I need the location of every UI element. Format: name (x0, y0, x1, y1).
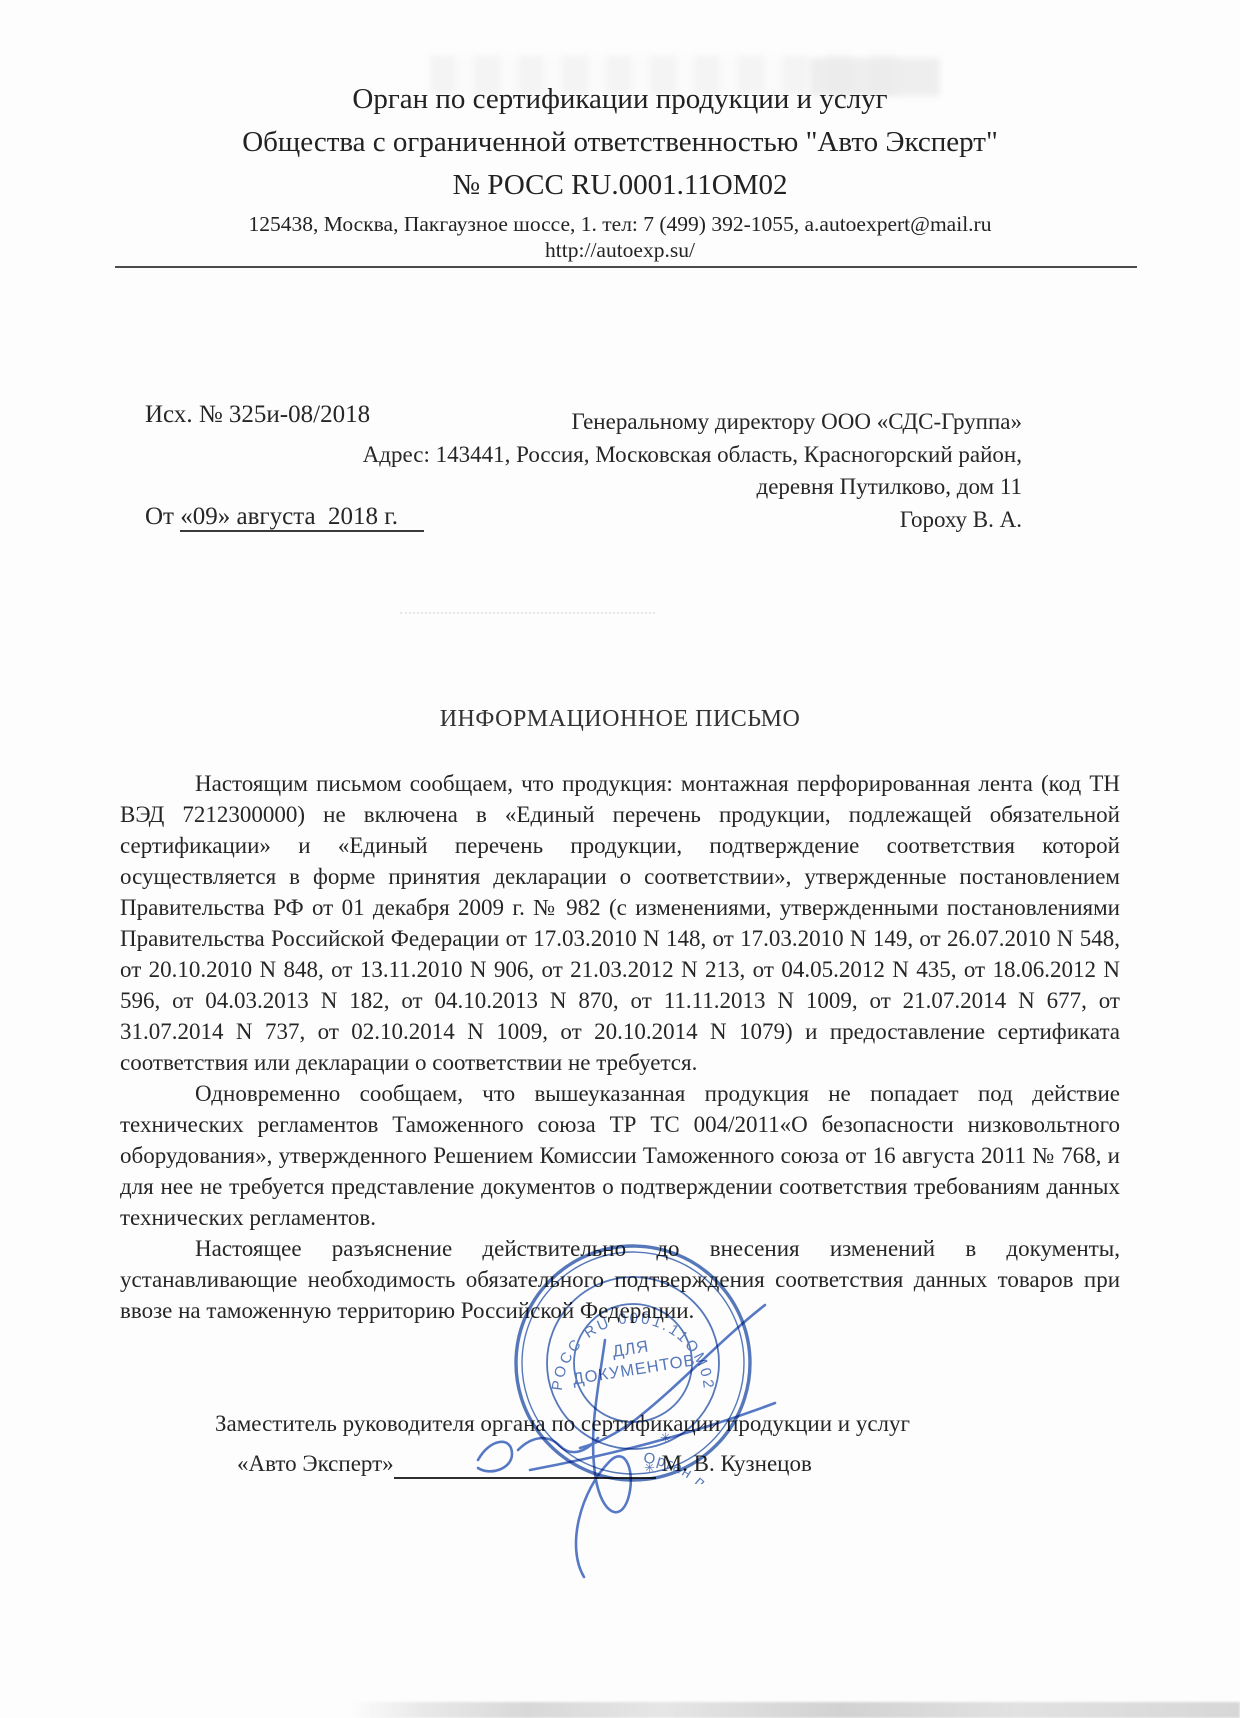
letterhead-divider (115, 266, 1137, 268)
scan-artifact-dotted-line (400, 612, 655, 614)
addressee-address-line2: деревня Путилково, дом 11 (363, 471, 1022, 504)
letterhead: Орган по сертификации продукции и услуг … (0, 82, 1240, 263)
signature-company: «Авто Эксперт» (237, 1448, 394, 1479)
scanned-letter-page: Орган по сертификации продукции и услуг … (0, 0, 1240, 1718)
letterhead-company-line: Общества с ограниченной ответственностью… (0, 125, 1240, 159)
addressee-block: Генеральному директору ООО «СДС-Группа» … (363, 406, 1022, 536)
scan-artifact-bottom (350, 1702, 1240, 1718)
letterhead-website: http://autoexp.su/ (0, 237, 1240, 263)
signature-stroke-tail (580, 1305, 765, 1448)
handwritten-signature (430, 1285, 790, 1585)
letterhead-org-line: Орган по сертификации продукции и услуг (0, 82, 1240, 116)
addressee-address-line1: Адрес: 143441, Россия, Московская област… (363, 439, 1022, 472)
body-paragraph-2: Одновременно сообщаем, что вышеуказанная… (120, 1078, 1120, 1233)
signature-stroke-loop-left (478, 1442, 512, 1471)
letterhead-address: 125438, Москва, Пакгаузное шоссе, 1. тел… (0, 211, 1240, 237)
signature-stroke-cross (530, 1403, 775, 1470)
addressee-person: Гороху В. А. (363, 504, 1022, 537)
outgoing-date-prefix: От (145, 503, 180, 530)
document-title: ИНФОРМАЦИОННОЕ ПИСЬМО (0, 706, 1240, 733)
body-paragraph-1: Настоящим письмом сообщаем, что продукци… (120, 768, 1120, 1078)
letterhead-reg-number: № РОСС RU.0001.11ОМ02 (0, 168, 1240, 202)
addressee-recipient: Генеральному директору ООО «СДС-Группа» (363, 406, 1022, 439)
